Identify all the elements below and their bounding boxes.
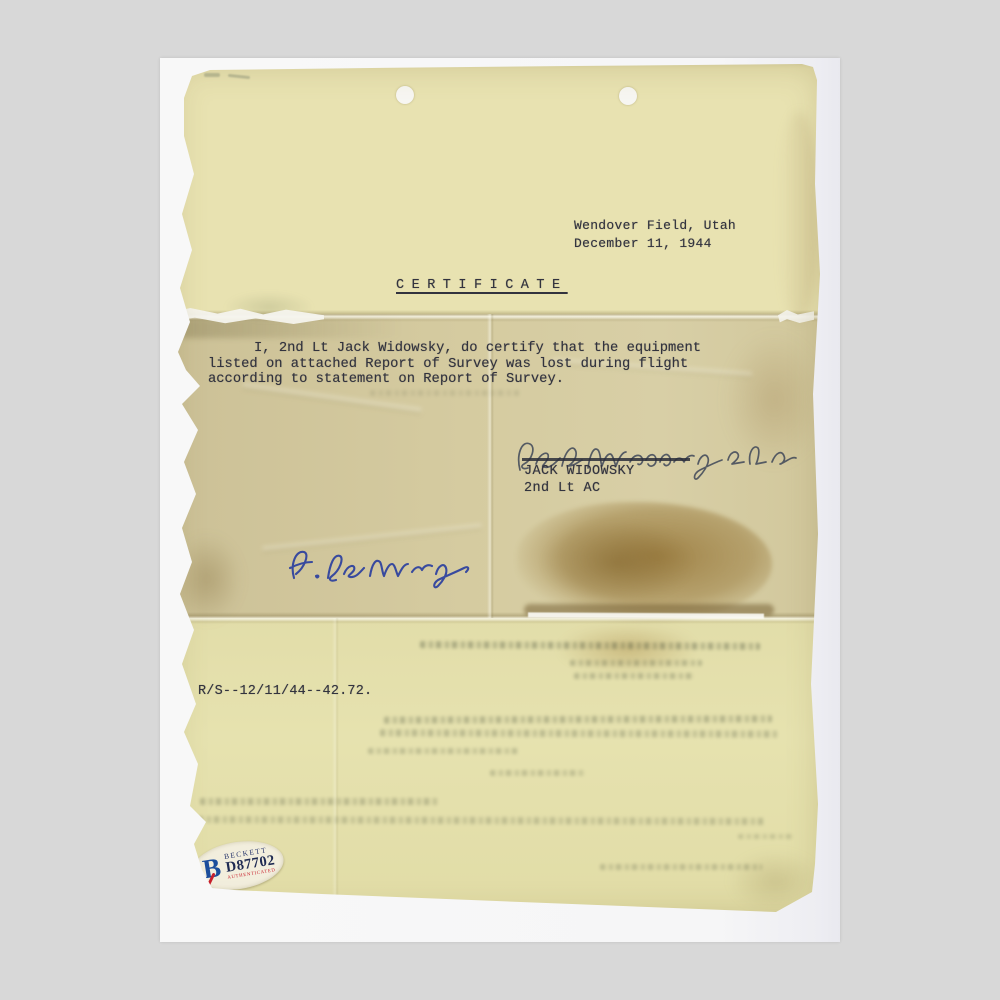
certificate-heading: CERTIFICATE bbox=[396, 278, 568, 293]
reference-number: R/S--12/11/44--42.72. bbox=[198, 684, 372, 699]
body-line: I, 2nd Lt Jack Widowsky, do certify that… bbox=[208, 341, 701, 357]
pencil-mark bbox=[204, 73, 220, 77]
pencil-mark bbox=[228, 74, 250, 79]
photo-backing: Wendover Field, Utah December 11, 1944 C… bbox=[160, 58, 840, 942]
handwritten-signature-lt-jack-widowsky bbox=[280, 538, 476, 594]
dateline-location: Wendover Field, Utah bbox=[574, 217, 736, 235]
dateline: Wendover Field, Utah December 11, 1944 bbox=[574, 217, 736, 253]
signature-line bbox=[522, 458, 690, 461]
signature-ink-strokes bbox=[280, 538, 476, 594]
body-line: listed on attached Report of Survey was … bbox=[208, 357, 701, 373]
beckett-logo: B bbox=[199, 852, 226, 887]
punch-hole bbox=[396, 86, 414, 104]
dateline-date: December 11, 1944 bbox=[574, 235, 736, 253]
checkmark-icon bbox=[198, 871, 217, 890]
body-line: according to statement on Report of Surv… bbox=[208, 372, 701, 388]
photo-of-certificate: Wendover Field, Utah December 11, 1944 C… bbox=[0, 0, 1000, 1000]
typed-name: JACK WIDOWSKY bbox=[524, 463, 635, 480]
typed-rank: 2nd Lt AC bbox=[524, 480, 635, 497]
certificate-body: I, 2nd Lt Jack Widowsky, do certify that… bbox=[208, 341, 701, 388]
stain bbox=[778, 112, 820, 322]
certificate-paper: Wendover Field, Utah December 11, 1944 C… bbox=[172, 64, 822, 916]
punch-hole bbox=[619, 87, 637, 105]
typed-name-block: JACK WIDOWSKY 2nd Lt AC bbox=[524, 463, 635, 497]
